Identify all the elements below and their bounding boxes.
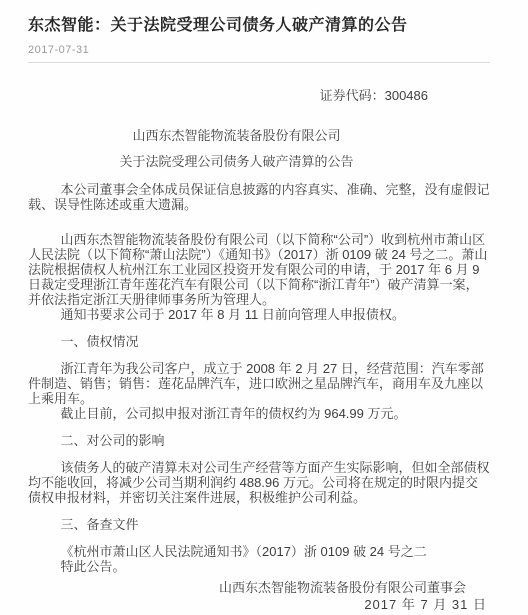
intro-paragraphs: 山西东杰智能物流装备股份有限公司（以下简称“公司”）收到杭州市萧山区人民法院（以… [28,232,490,322]
intro-paragraph: 通知书要求公司于 2017 年 8 月 11 日前向管理人申报债权。 [28,307,490,322]
section-heading-reference-documents: 三、备查文件 [28,517,490,532]
article-date: 2017-07-31 [28,44,490,56]
announcement-page: 东杰智能：关于法院受理公司债务人破产清算的公告 2017-07-31 证券代码：… [0,0,528,615]
intro-paragraph: 山西东杰智能物流装备股份有限公司（以下简称“公司”）收到杭州市萧山区人民法院（以… [28,232,490,307]
section-paragraph: 该债务人的破产清算未对公司生产经营等方面产生实际影响，但如全部债权均不能收回，将… [28,460,490,505]
company-name: 山西东杰智能物流装备股份有限公司 [28,128,445,143]
section-paragraph: 《杭州市萧山区人民法院通知书》（2017）浙 0109 破 24 号之二 [28,544,490,559]
section-heading-claims: 一、债权情况 [28,334,490,349]
signature-date: 2017 年 7 月 31 日 [28,597,490,612]
board-declaration: 本公司董事会全体成员保证信息披露的内容真实、准确、完整，没有虚假记载、误导性陈述… [28,182,490,212]
signature-company: 山西东杰智能物流装备股份有限公司董事会 [28,580,490,595]
section-reference-documents: 《杭州市萧山区人民法院通知书》（2017）浙 0109 破 24 号之二 特此公… [28,544,490,574]
section-impact: 该债务人的破产清算未对公司生产经营等方面产生实际影响，但如全部债权均不能收回，将… [28,460,490,505]
section-paragraph: 浙江青年为我公司客户，成立于 2008 年 2 月 27 日，经营范围：汽车零部… [28,361,490,406]
article-header: 东杰智能：关于法院受理公司债务人破产清算的公告 2017-07-31 [28,16,490,63]
section-paragraph: 截止目前，公司拟申报对浙江青年的债权约为 964.99 万元。 [28,406,490,421]
announcement-document: 证券代码：300486 山西东杰智能物流装备股份有限公司 关于法院受理公司债务人… [28,88,490,612]
section-heading-impact: 二、对公司的影响 [28,433,490,448]
section-paragraph: 特此公告。 [28,559,490,574]
section-claims: 浙江青年为我公司客户，成立于 2008 年 2 月 27 日，经营范围：汽车零部… [28,361,490,421]
article-title: 东杰智能：关于法院受理公司债务人破产清算的公告 [28,16,490,37]
header-divider [28,62,490,63]
document-title: 关于法院受理公司债务人破产清算的公告 [28,154,445,169]
signature-block: 山西东杰智能物流装备股份有限公司董事会 2017 年 7 月 31 日 [28,580,490,612]
document-title-block: 山西东杰智能物流装备股份有限公司 关于法院受理公司债务人破产清算的公告 [28,128,490,169]
stock-code: 证券代码：300486 [28,88,490,103]
